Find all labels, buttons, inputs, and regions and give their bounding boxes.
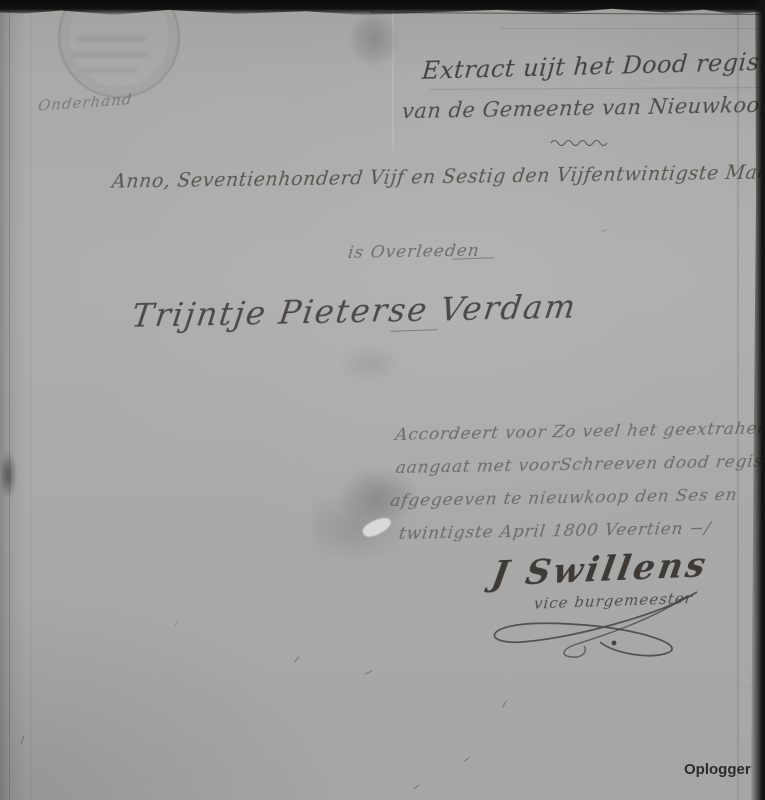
- is-deceased-line: is Overleeden: [347, 241, 481, 263]
- paper-stain: [312, 462, 432, 562]
- edge-blotch: [1, 446, 21, 510]
- scan-edge-top-line: [370, 12, 765, 15]
- left-crease-line: [9, 0, 10, 800]
- uploader-watermark: Oplogger: [684, 761, 751, 778]
- paper-scratch-line: [300, 686, 765, 687]
- left-page-shadow: [0, 0, 40, 800]
- paper-speck: [414, 785, 419, 790]
- scan-edge-right: [750, 0, 765, 800]
- paper-speck: [294, 656, 299, 662]
- paper-scratch-line: [430, 87, 765, 90]
- paper-speck: [602, 229, 607, 232]
- attestation-paragraph: Accordeert voor Zo veel het geextraheerd…: [395, 413, 765, 551]
- paper-speck: [502, 700, 507, 707]
- paper-scratch-line: [500, 28, 765, 29]
- marginal-annotation: Onderhand: [37, 87, 179, 115]
- paper-smudge: [338, 346, 402, 382]
- underline-squiggle: [549, 136, 615, 148]
- paper-speck: [174, 620, 178, 625]
- paper-speck: [463, 757, 469, 762]
- stamp-illegible-text-line: [72, 52, 148, 57]
- stamp-illegible-text-line: [80, 68, 138, 73]
- embossed-round-stamp: [58, 0, 180, 98]
- name-connecting-stroke: [390, 329, 438, 332]
- document-title-line-2: van de Gemeente van Nieuwkoop: [401, 93, 765, 124]
- document-title-line-1: Extract uijt het Dood register: [421, 47, 765, 85]
- scanned-document-page: Onderhand Extract uijt het Dood register…: [0, 0, 765, 800]
- paper-speck: [364, 670, 373, 675]
- ink-stain: [348, 16, 406, 74]
- signature-flourish: [482, 586, 707, 661]
- stamp-illegible-text-line: [76, 36, 146, 41]
- right-fold-line: [737, 0, 739, 800]
- deceased-name: Trijntje Pieterse Verdam: [129, 287, 579, 334]
- year-and-date-line: Anno, Seventienhonderd Vijf en Sestig de…: [111, 161, 765, 192]
- left-crease-line-2: [30, 0, 31, 800]
